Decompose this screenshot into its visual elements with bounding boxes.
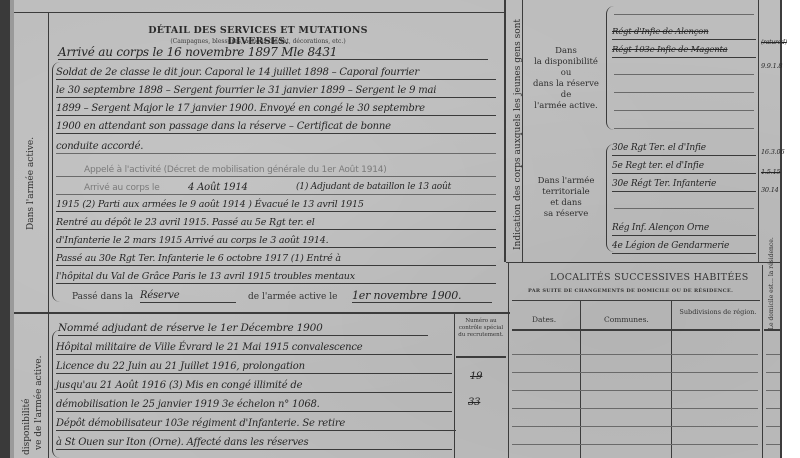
section2-margin-date-3: 30.14 — [761, 184, 779, 197]
label-line: territoriale — [528, 187, 604, 198]
armee-label: de l'armée active le — [248, 292, 337, 302]
localites-row-line — [512, 354, 758, 355]
margin-label-active: Dans l'armée active. — [26, 137, 36, 230]
section2-entry-3: 30e Régt Ter. Infanterie — [612, 178, 756, 192]
bottom-line-2: Hôpital militaire de Ville Évrard le 21 … — [56, 341, 452, 355]
section2-entry-4: Rég Inf. Alençon Orne — [612, 222, 756, 236]
localites-side-header-rule — [764, 329, 780, 331]
side-row-line — [766, 354, 780, 355]
label-line: de — [528, 90, 604, 101]
label-line: et dans — [528, 198, 604, 209]
controle-left-divider — [454, 314, 455, 458]
controle-value-1: 19 — [470, 370, 482, 383]
side-row-line — [766, 390, 780, 391]
service-line-6: conduite accordé. — [56, 140, 196, 154]
service-line-3: le 30 septembre 1898 – Sergent fourrier … — [56, 84, 496, 98]
label-line: l'armée active. — [528, 101, 604, 112]
section-disponibilite-label: Dans la disponibilité ou dans la réserve… — [528, 46, 604, 112]
corps-column-label: Indication des corps auxquels les jeunes… — [513, 19, 523, 250]
localites-col-divider-2 — [671, 301, 672, 458]
page-binding-edge — [10, 0, 14, 458]
service-line-4: 1899 – Sergent Major le 17 janvier 1900.… — [56, 102, 496, 116]
section2-margin-date-2: 1.5.15 — [761, 166, 780, 179]
section1-margin-note: (ratured) — [761, 36, 787, 49]
war-line-3: Rentré au dépôt le 23 avril 1915. Passé … — [56, 216, 496, 230]
bottom-line-7: à St Ouen sur Iton (Orne). Affecté dans … — [56, 436, 452, 450]
side-row-line — [766, 372, 780, 373]
controle-right-divider — [508, 262, 509, 458]
section-break-rule — [14, 312, 510, 314]
passe-value: Réserve — [140, 289, 236, 303]
label-line: Dans l'armée — [528, 176, 604, 187]
service-line-2: Soldat de 2e classe le dit jour. Caporal… — [56, 66, 496, 80]
ruled-line — [56, 153, 496, 154]
top-rule — [14, 12, 504, 13]
ruled-line — [614, 92, 754, 93]
localites-col-divider-3 — [762, 265, 763, 458]
arrive-value: 4 Août 1914 — [188, 181, 248, 194]
localites-row-line — [512, 408, 758, 409]
label-line: ou — [528, 68, 604, 79]
ruled-line — [614, 110, 754, 111]
section-territoriale-label: Dans l'armée territoriale et dans sa rés… — [528, 176, 604, 220]
label-line: sa réserve — [528, 209, 604, 220]
section2-entry-2: 5e Regt ter. el d'Infie — [612, 160, 756, 174]
side-row-line — [766, 426, 780, 427]
section1-entry-1: Régt d'Infie de Alençon — [612, 26, 756, 40]
ruled-line — [614, 74, 754, 75]
war-line-1: (1) Adjudant de bataillon le 13 août — [296, 181, 496, 194]
controle-header-rule — [456, 356, 506, 358]
label-line: Dans — [528, 46, 604, 57]
section1-bracket — [606, 6, 614, 130]
section2-entry-1: 30e Rgt Ter. el d'Infie — [612, 142, 756, 156]
localites-col-dates: Dates. — [532, 315, 556, 324]
service-line-5: 1900 en attendant son passage dans la ré… — [56, 120, 496, 134]
controle-value-2: 33 — [468, 396, 480, 409]
localites-row-line — [512, 426, 758, 427]
section2-margin-date-1: 16.3.06 — [761, 146, 784, 159]
label-line: la disponibilité — [528, 57, 604, 68]
right-notes-divider — [758, 0, 759, 262]
localites-row-line — [512, 444, 758, 445]
localites-row-line — [512, 390, 758, 391]
section1-entry-2: Régt 103e Infie de Magenta — [612, 44, 756, 58]
war-line-6: l'hôpital du Val de Grâce Paris le 13 av… — [56, 270, 496, 284]
margin-label-disponibilite: disponibilité — [22, 399, 32, 455]
bottom-line-3: Licence du 22 Juin au 21 Juillet 1916, p… — [56, 360, 452, 374]
passe-label: Passé dans la — [72, 292, 133, 302]
bottom-line-5: démobilisation le 25 janvier 1919 3e éch… — [56, 398, 452, 412]
armee-value: 1er novembre 1900. — [352, 289, 492, 303]
war-line-2: 1915 (2) Parti aux armées le 9 août 1914… — [56, 198, 496, 212]
bottom-line-6: Dépôt démobilisateur 103e régiment d'Inf… — [56, 417, 456, 431]
left-frame-line — [48, 12, 49, 458]
section1-margin-date: 9.9.1.8 — [761, 60, 782, 73]
ruled-line — [56, 194, 496, 195]
side-row-line — [766, 444, 780, 445]
ruled-line — [614, 14, 754, 15]
bottom-line-1: Nommé adjudant de réserve le 1er Décembr… — [58, 322, 428, 336]
localites-col-divider-1 — [580, 301, 581, 458]
localites-col-header-rule — [512, 329, 760, 331]
localites-side-column: Le domicile est... la résidence. — [768, 237, 775, 330]
services-subtitle: (Campagnes, blessures, actions d'éclat, … — [118, 38, 398, 45]
localites-row-line — [512, 372, 758, 373]
localites-col-subdivisions: Subdivisions de région. — [678, 308, 758, 316]
register-page: Dans l'armée active. disponibilité ve de… — [0, 0, 780, 458]
localites-col-communes: Communes. — [604, 315, 649, 324]
services-bracket — [52, 62, 60, 302]
ruled-line — [614, 128, 754, 129]
middle-divider — [504, 0, 506, 262]
localites-subtitle: PAR SUITE DE CHANGEMENTS DE DOMICILE OU … — [528, 288, 733, 294]
page-binding — [0, 0, 10, 458]
ruled-line — [56, 176, 496, 177]
war-line-4: d'Infanterie le 2 mars 1915 Arrivé au co… — [56, 234, 496, 248]
side-row-line — [766, 408, 780, 409]
margin-label-reserve: ve de l'armée active. — [34, 356, 44, 450]
war-line-5: Passé au 30e Rgt Ter. Infanterie le 6 oc… — [56, 252, 496, 266]
controle-header: Numéro au contrôle spécial du recrutemen… — [456, 318, 506, 339]
localites-top-rule — [506, 262, 780, 263]
localites-title: LOCALITÉS SUCCESSIVES HABITÉES — [550, 272, 749, 283]
ruled-line — [614, 208, 754, 209]
section2-entry-5: 4e Légion de Gendarmerie — [612, 240, 756, 254]
bottom-line-4: jusqu'au 21 Août 1916 (3) Mis en congé i… — [56, 379, 452, 393]
localites-header-rule — [512, 300, 760, 301]
label-line: dans la réserve — [528, 79, 604, 90]
service-line-1: Arrivé au corps le 16 novembre 1897 Mle … — [58, 46, 488, 60]
